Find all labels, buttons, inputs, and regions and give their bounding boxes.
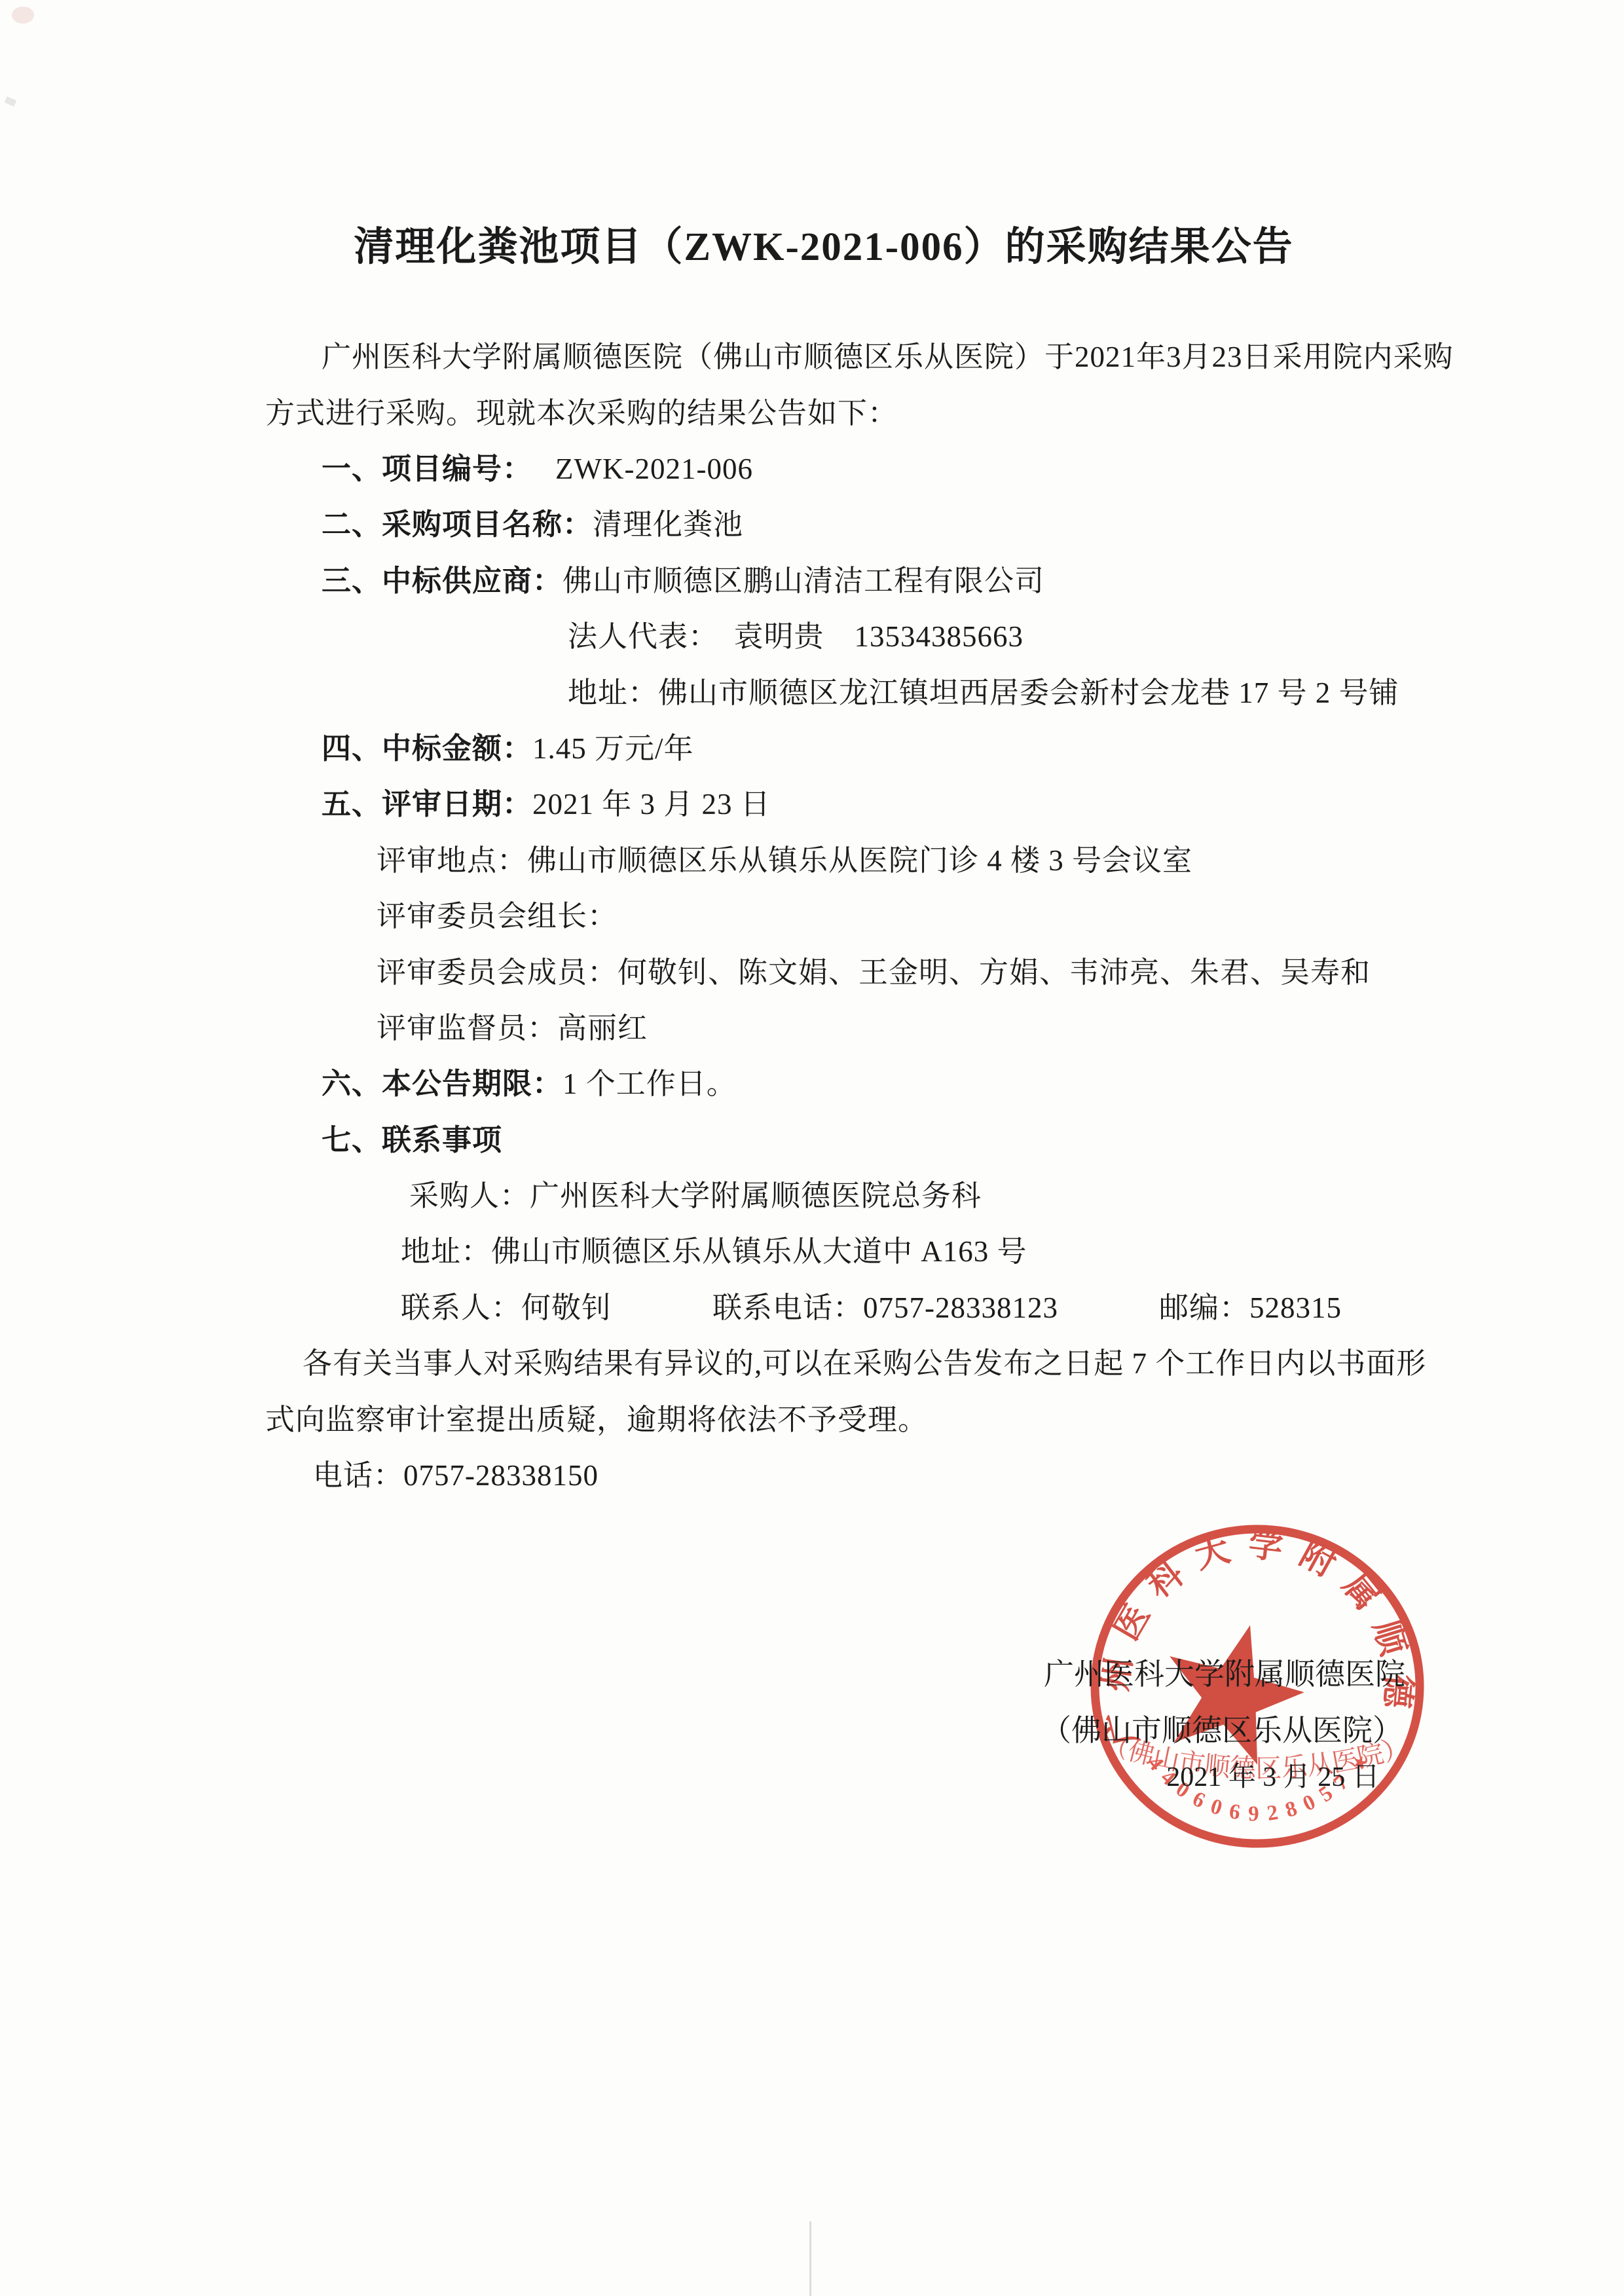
item-review-date: 五、评审日期：2021 年 3 月 23 日: [322, 788, 771, 822]
item-project-number-value: ZWK-2021-006: [555, 453, 753, 485]
postal-code: 邮编：528315: [1159, 1291, 1342, 1325]
signature-org-line-2: （佛山市顺德区乐从医院）: [960, 1707, 1484, 1750]
item-award-amount-value: 1.45 万元/年: [532, 732, 694, 765]
review-location-line: 评审地点：佛山市顺德区乐从镇乐从医院门诊 4 楼 3 号会议室: [377, 844, 1192, 878]
committee-members-line: 评审委员会成员：何敬钊、陈文娟、王金明、方娟、韦沛亮、朱君、吴寿和: [377, 956, 1371, 990]
item-project-number-label: 一、项目编号：: [322, 453, 532, 485]
objection-phone-line: 电话：0757-28338150: [313, 1459, 599, 1493]
scan-artifact: [12, 7, 34, 24]
objection-line-1: 各有关当事人对采购结果有异议的,可以在采购公告发布之日起 7 个工作日内以书面形: [303, 1347, 1426, 1381]
item-notice-period-value: 1 个工作日。: [563, 1067, 737, 1100]
purchaser-address-line: 地址：佛山市顺德区乐从镇乐从大道中 A163 号: [401, 1235, 1027, 1269]
document-title: 清理化粪池项目（ZWK-2021-006）的采购结果公告: [0, 215, 1624, 272]
item-winning-supplier-label: 三、中标供应商：: [322, 565, 563, 597]
item-project-name-value: 清理化粪池: [593, 508, 743, 541]
supplier-address-line: 地址：佛山市顺德区龙江镇坦西居委会新村会龙巷 17 号 2 号铺: [568, 676, 1399, 711]
item-winning-supplier: 三、中标供应商：佛山市顺德区鹏山清洁工程有限公司: [322, 565, 1044, 599]
item-project-number: 一、项目编号：ZWK-2021-006: [322, 453, 753, 487]
review-supervisor-line: 评审监督员：高丽红: [377, 1012, 648, 1046]
contact-phone: 联系电话：0757-28338123: [712, 1291, 1058, 1325]
item-project-name: 二、采购项目名称：清理化粪池: [322, 508, 743, 542]
item-notice-period: 六、本公告期限：1 个工作日。: [322, 1067, 737, 1102]
item-award-amount-label: 四、中标金额：: [322, 732, 532, 765]
item-award-amount: 四、中标金额：1.45 万元/年: [322, 732, 694, 766]
item-winning-supplier-value: 佛山市顺德区鹏山清洁工程有限公司: [563, 565, 1044, 597]
contact-person: 联系人：何敬钊: [401, 1291, 612, 1325]
committee-head-line: 评审委员会组长：: [377, 900, 618, 934]
intro-line-2: 方式进行采购。现就本次采购的结果公告如下：: [265, 397, 898, 431]
purchaser-line: 采购人：广州医科大学附属顺德医院总务科: [409, 1179, 982, 1213]
scan-artifact: [5, 96, 17, 107]
signature-org-line-1: 广州医科大学附属顺德医院: [963, 1650, 1486, 1694]
legal-representative-line: 法人代表： 袁明贵 13534385663: [568, 620, 1024, 654]
item-notice-period-label: 六、本公告期限：: [322, 1067, 563, 1100]
item-review-date-label: 五、评审日期：: [322, 788, 532, 821]
signature-date: 2021 年 3 月 25 日: [1011, 1755, 1535, 1794]
item-review-date-value: 2021 年 3 月 23 日: [532, 788, 771, 821]
page: 清理化粪池项目（ZWK-2021-006）的采购结果公告 广州医科大学附属顺德医…: [0, 0, 1624, 2296]
item-project-name-label: 二、采购项目名称：: [322, 508, 593, 541]
item-contact-heading: 七、联系事项: [322, 1124, 502, 1158]
intro-line-1: 广州医科大学附属顺德医院（佛山市顺德区乐从医院）于2021年3月23日采用院内采…: [322, 341, 1454, 375]
fold-mark: [809, 2221, 811, 2296]
objection-line-2: 式向监察审计室提出质疑，逾期将依法不予受理。: [265, 1403, 928, 1437]
